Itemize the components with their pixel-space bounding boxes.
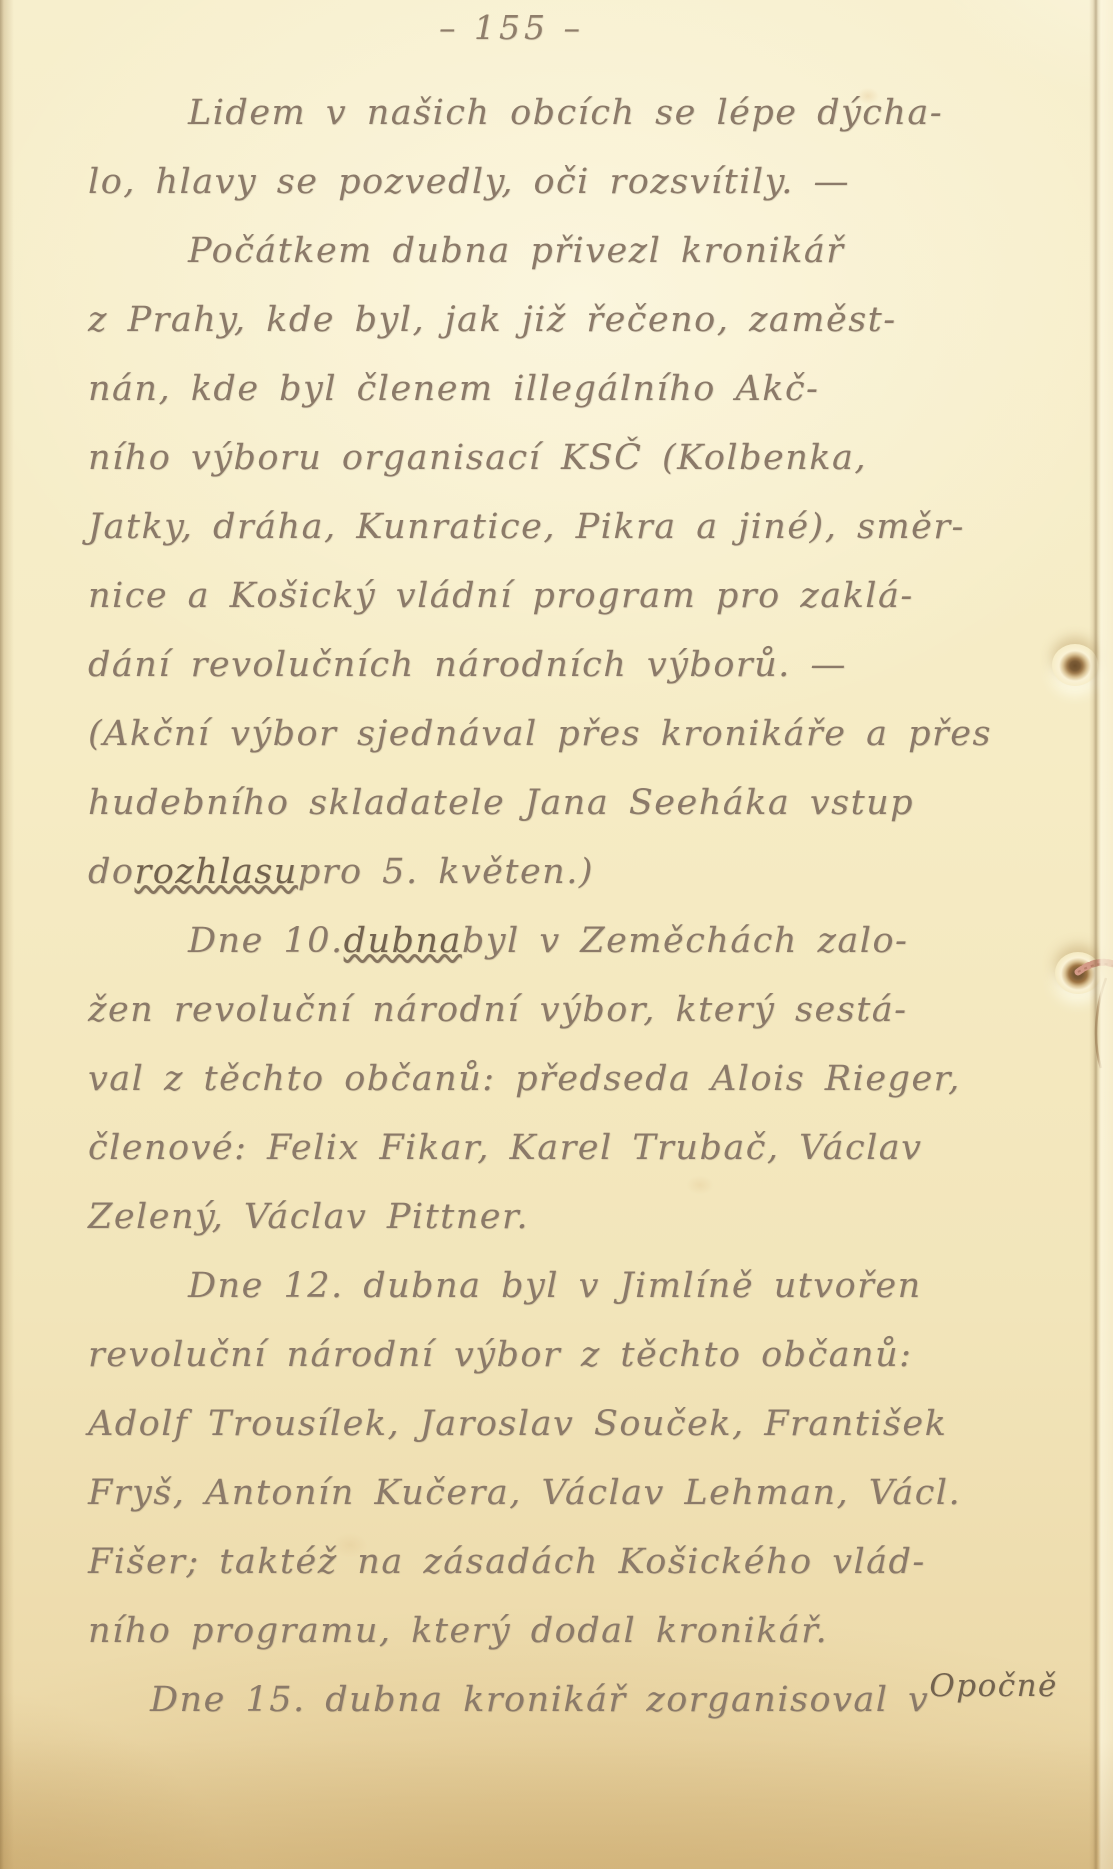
line-text: pro 5. květen.) bbox=[298, 852, 594, 892]
handwritten-line: revoluční národní výbor z těchto občanů: bbox=[88, 1306, 1079, 1375]
handwritten-line: nice a Košický vládní program pro zaklá- bbox=[88, 547, 1079, 616]
handwritten-line: Jatky, dráha, Kunratice, Pikra a jiné), … bbox=[88, 478, 1079, 547]
handwritten-line: Fryš, Antonín Kučera, Václav Lehman, Vác… bbox=[88, 1444, 1079, 1513]
page-bottom-shading bbox=[0, 1739, 1113, 1869]
line-text: do bbox=[88, 852, 134, 892]
handwritten-text-block: Lidem v našich obcích se lépe dýcha- lo,… bbox=[88, 64, 1079, 1720]
handwritten-line: (Akční výbor sjednával přes kronikáře a … bbox=[88, 685, 1079, 754]
page-number: – 155 – bbox=[0, 8, 1068, 47]
handwritten-line: do rozhlasu pro 5. květen.) bbox=[88, 823, 1079, 892]
overwritten-word: rozhlasu bbox=[134, 852, 297, 892]
handwritten-line: členové: Felix Fikar, Karel Trubač, Václ… bbox=[88, 1099, 1079, 1168]
handwritten-line: Dne 12. dubna byl v Jimlíně utvořen bbox=[88, 1237, 1079, 1306]
handwritten-line: dání revolučních národních výborů. — bbox=[88, 616, 1079, 685]
line-text: Dne 15. dubna kronikář zorganisoval v bbox=[150, 1680, 929, 1720]
handwritten-line: Lidem v našich obcích se lépe dýcha- bbox=[88, 64, 1079, 133]
line-text: byl v Zeměchách zalo- bbox=[462, 921, 909, 961]
handwritten-line: Dne 10. dubna byl v Zeměchách zalo- bbox=[88, 892, 1079, 961]
page-left-edge bbox=[0, 0, 14, 1869]
handwritten-line: z Prahy, kde byl, jak již řečeno, zaměst… bbox=[88, 271, 1079, 340]
handwritten-line: Adolf Trousílek, Jaroslav Souček, Franti… bbox=[88, 1375, 1079, 1444]
handwritten-line: hudebního skladatele Jana Seeháka vstup bbox=[88, 754, 1079, 823]
handwritten-line: žen revoluční národní výbor, který sestá… bbox=[88, 961, 1079, 1030]
handwritten-line: Dne 15. dubna kronikář zorganisoval v Op… bbox=[88, 1651, 1079, 1720]
overwritten-word: dubna bbox=[344, 921, 462, 961]
handwritten-line: val z těchto občanů: předseda Alois Rieg… bbox=[88, 1030, 1079, 1099]
handwritten-line: Počátkem dubna přivezl kronikář bbox=[88, 202, 1079, 271]
handwritten-line: ního programu, který dodal kronikář. bbox=[88, 1582, 1079, 1651]
raised-word: Opočně bbox=[929, 1668, 1058, 1704]
handwritten-line: nán, kde byl členem illegálního Akč- bbox=[88, 340, 1079, 409]
chronicle-page: – 155 – Lidem v našich obcích se lépe dý… bbox=[0, 0, 1113, 1869]
handwritten-line: Zelený, Václav Pittner. bbox=[88, 1168, 1079, 1237]
line-text: Dne 10. bbox=[188, 921, 344, 961]
handwritten-line: ního výboru organisací KSČ (Kolbenka, bbox=[88, 409, 1079, 478]
handwritten-line: lo, hlavy se pozvedly, oči rozsvítily. — bbox=[88, 133, 1079, 202]
page-right-edge bbox=[1089, 0, 1113, 1869]
handwritten-line: Fišer; taktéž na zásadách Košického vlád… bbox=[88, 1513, 1079, 1582]
